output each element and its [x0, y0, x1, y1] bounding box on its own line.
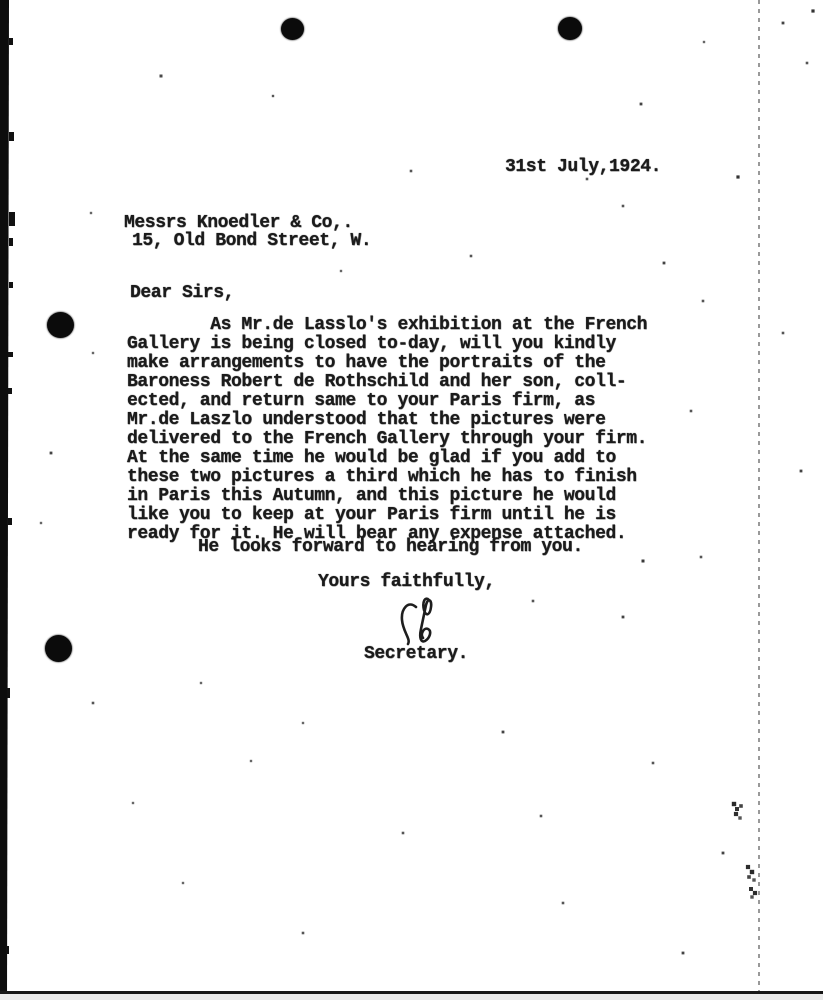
scan-edge-nub	[7, 688, 10, 698]
scan-edge-nub	[9, 212, 15, 226]
body-line: At the same time he would be glad if you…	[127, 449, 647, 468]
body-line: these two pictures a third which he has …	[127, 468, 647, 487]
ink-speck	[0, 0, 2, 2]
body-line: in Paris this Autumn, and this picture h…	[127, 487, 647, 506]
scan-edge-nub	[8, 388, 12, 394]
scanned-letter-page: 31st July,1924. Messrs Knoedler & Co,. 1…	[0, 0, 823, 1000]
body-line: Baroness Robert de Rothschild and her so…	[127, 373, 647, 392]
vertical-fold-line	[758, 0, 760, 992]
punch-hole-top-left	[281, 18, 304, 40]
scan-edge-nub	[6, 946, 9, 954]
scan-edge-nub	[9, 38, 13, 45]
body-line: like you to keep at your Paris firm unti…	[127, 506, 647, 525]
scan-edge-nub	[9, 282, 13, 288]
body-line: make arrangements to have the portraits …	[127, 354, 647, 373]
valediction: Yours faithfully,	[318, 573, 495, 592]
punch-hole-top-right	[558, 17, 582, 40]
body-line: As Mr.de Lasslo's exhibition at the Fren…	[127, 316, 647, 335]
scan-left-edge	[0, 0, 9, 996]
signoff-title: Secretary.	[364, 645, 468, 664]
body-line: Gallery is being closed to-day, will you…	[127, 335, 647, 354]
scan-bottom-margin	[0, 994, 823, 1000]
body-line: ected, and return same to your Paris fir…	[127, 392, 647, 411]
salutation: Dear Sirs,	[130, 284, 234, 303]
body-line: Mr.de Laszlo understood that the picture…	[127, 411, 647, 430]
body-line: delivered to the French Gallery through …	[127, 430, 647, 449]
scan-edge-nub	[8, 518, 12, 525]
letter-date: 31st July,1924.	[505, 158, 661, 177]
recipient-address: 15, Old Bond Street, W.	[132, 232, 371, 251]
punch-hole-left-lower	[45, 635, 72, 662]
letter-body: As Mr.de Lasslo's exhibition at the Fren…	[127, 316, 647, 544]
scan-edge-nub	[8, 352, 13, 357]
closing-sentence: He looks forward to hearing from you.	[198, 538, 583, 557]
punch-hole-left-upper	[47, 312, 74, 338]
scan-edge-nub	[9, 132, 14, 141]
scan-edge-nub	[9, 238, 13, 246]
